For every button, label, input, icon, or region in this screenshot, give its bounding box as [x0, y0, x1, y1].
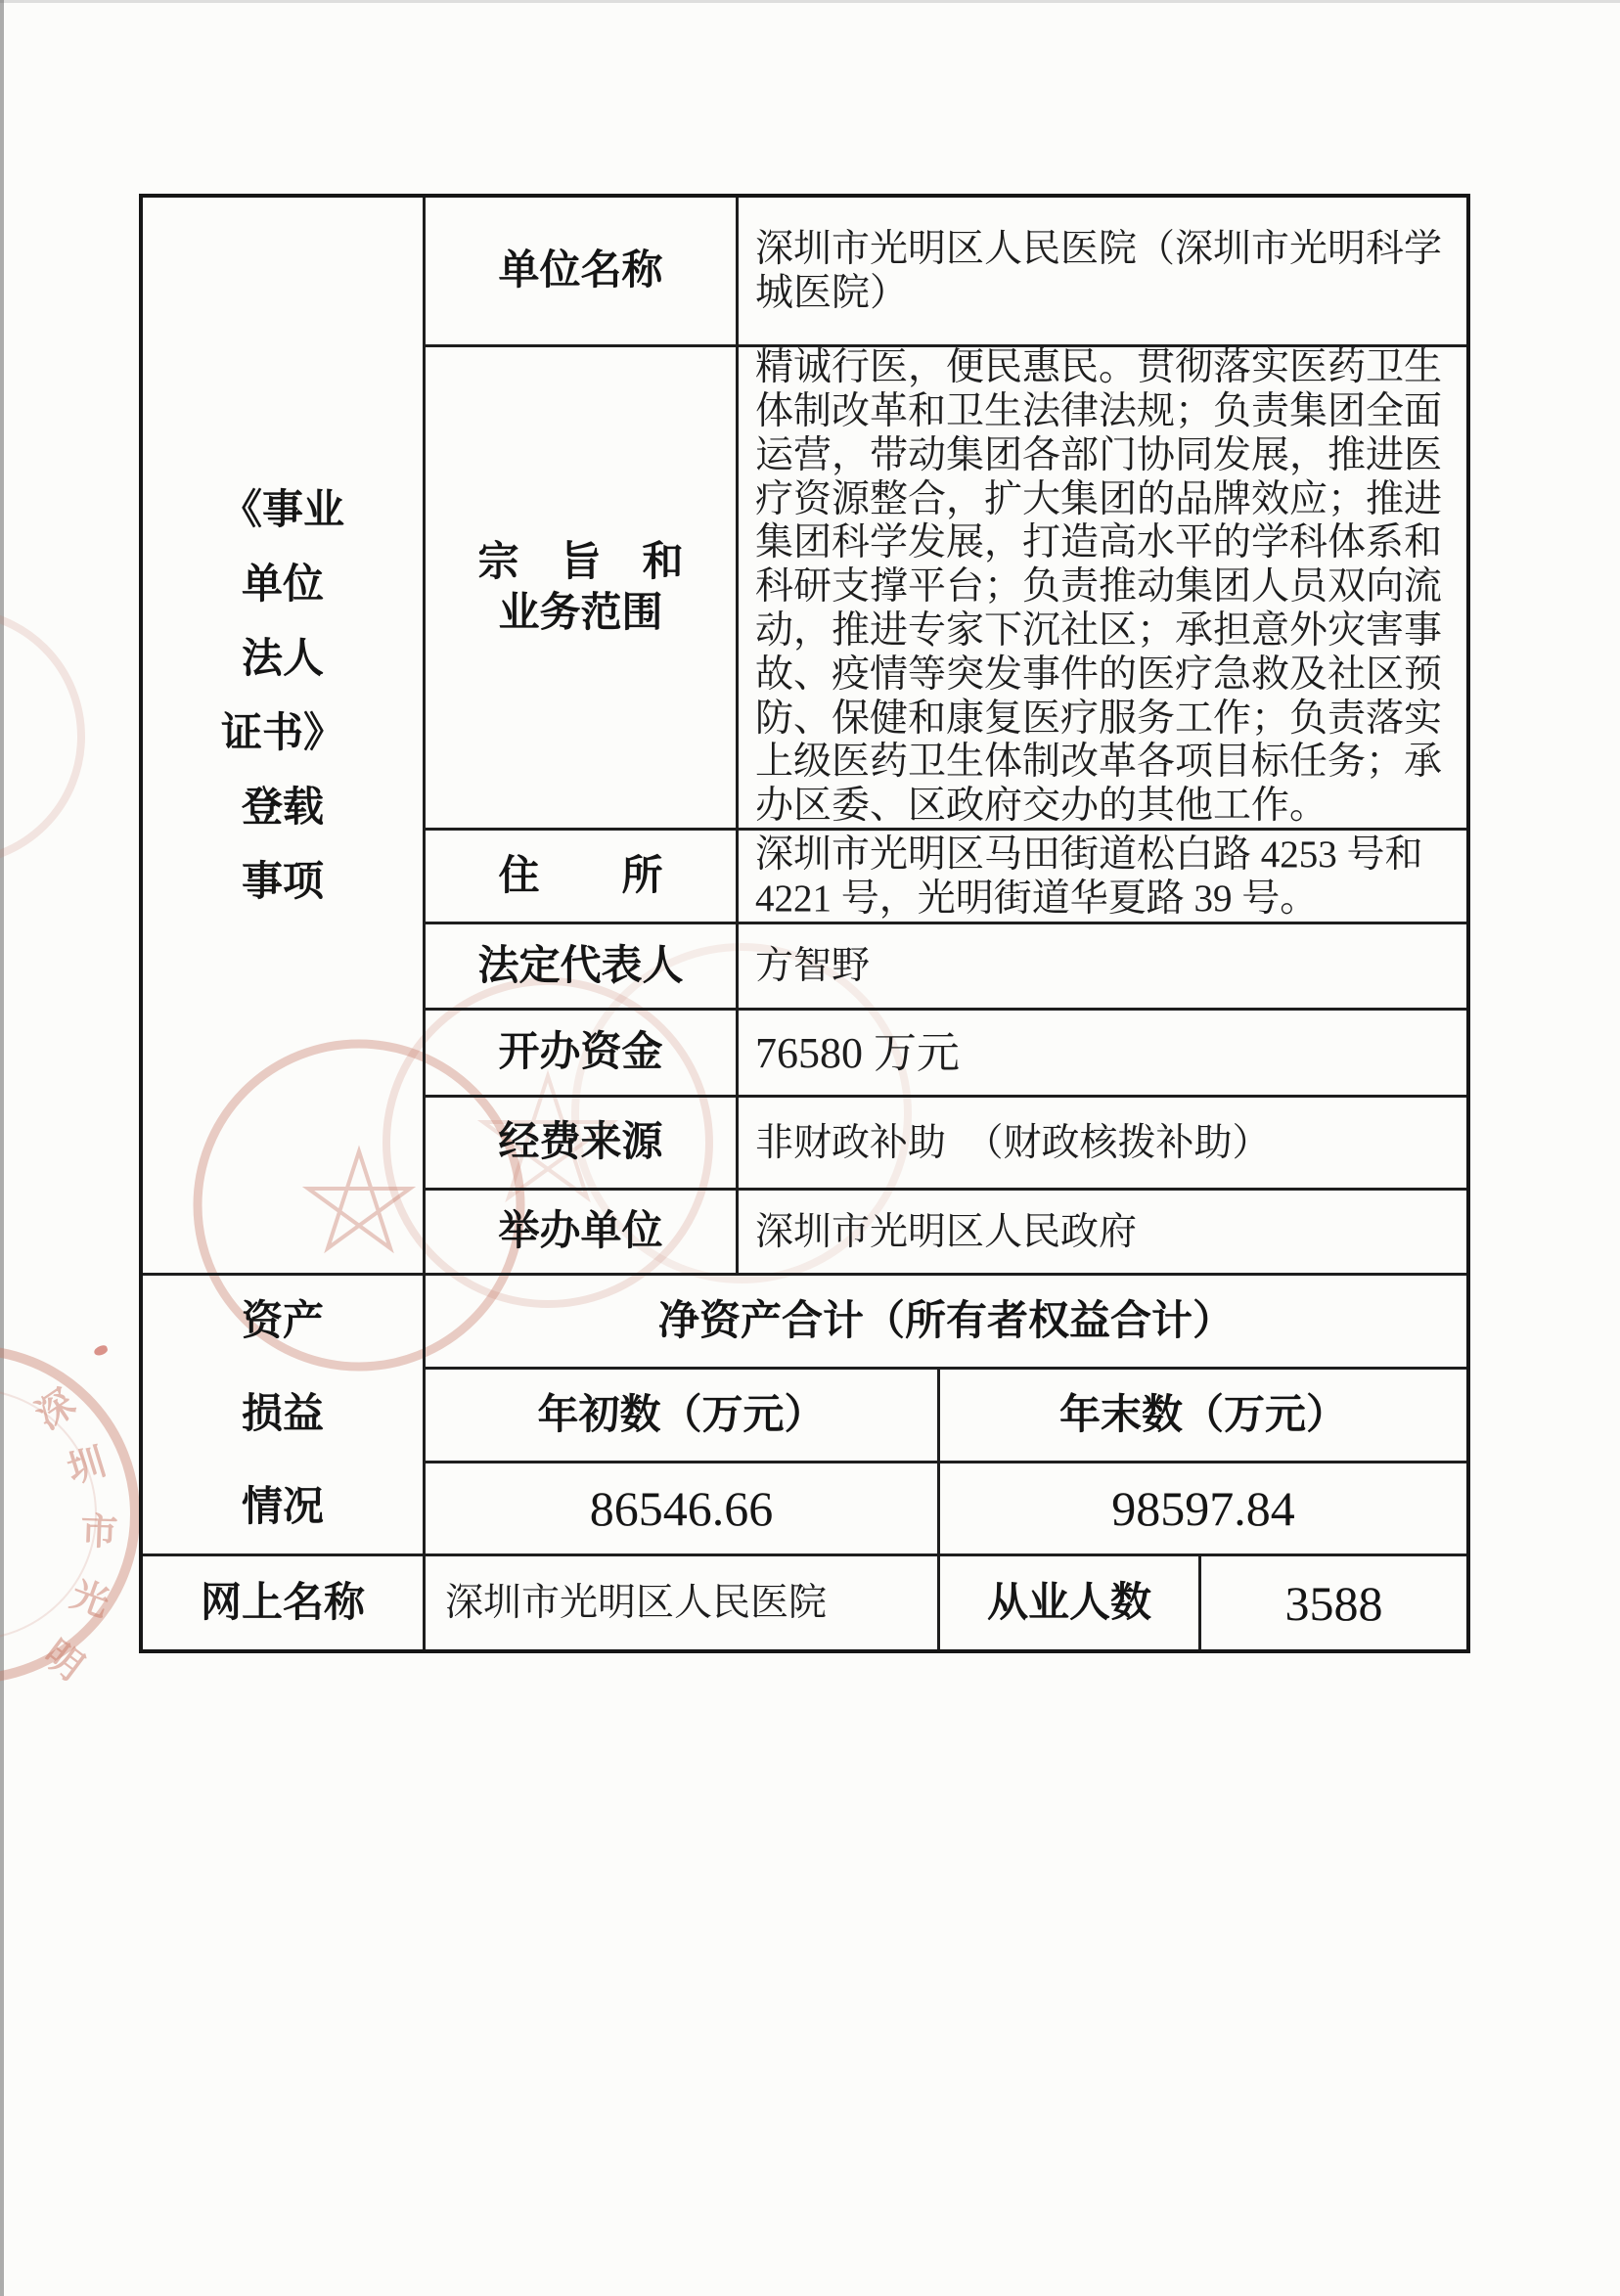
staff-count-label: 从业人数 [987, 1578, 1151, 1629]
end-year-value-cell: 98597.84 [940, 1463, 1466, 1556]
address-value-cell: 深圳市光明区马田街道松白路 4253 号和 4221 号，光明街道华夏路 39 … [739, 831, 1466, 924]
scan-edge-left [0, 0, 4, 2296]
end-year-value: 98597.84 [1111, 1480, 1295, 1537]
staff-count-value-cell: 3588 [1201, 1556, 1466, 1649]
legal-rep-label: 法定代表人 [477, 941, 683, 992]
begin-year-label-cell: 年初数（万元） [426, 1370, 940, 1463]
capital-value-cell: 76580 万元 [739, 1011, 1466, 1098]
funding-value-cell: 非财政补助 （财政核拨补助） [739, 1098, 1466, 1191]
mission-label-cell: 宗 旨 和 业务范围 [426, 347, 739, 831]
legal-rep-value-cell: 方智野 [739, 924, 1466, 1011]
capital-label-cell: 开办资金 [426, 1011, 739, 1098]
seal-left-edge [0, 611, 81, 862]
svg-text:市: 市 [80, 1511, 118, 1553]
funding-label-cell: 经费来源 [426, 1098, 739, 1191]
unit-name-label: 单位名称 [498, 246, 662, 296]
staff-count-value: 3588 [1285, 1575, 1383, 1632]
svg-text:明: 明 [36, 1634, 91, 1688]
begin-year-value-cell: 86546.66 [426, 1463, 940, 1556]
net-assets-cell: 净资产合计（所有者权益合计） [426, 1276, 1466, 1370]
address-label-cell: 住 所 [426, 831, 739, 924]
sponsor-value-cell: 深圳市光明区人民政府 [739, 1191, 1466, 1276]
seal-bottom-left [0, 1350, 135, 1679]
online-name-label-cell: 网上名称 [143, 1556, 426, 1649]
sponsor-label: 举办单位 [498, 1206, 662, 1257]
staff-count-label-cell: 从业人数 [940, 1556, 1201, 1649]
registration-table: 《事业 单位 法人 证书》 登载 事项 单位名称 深圳市光明区人民医院（深圳市光… [139, 194, 1470, 1653]
unit-name-value-cell: 深圳市光明区人民医院（深圳市光明科学 城医院） [739, 198, 1466, 347]
funding-value: 非财政补助 （财政核拨补助） [755, 1121, 1271, 1165]
unit-name-label-cell: 单位名称 [426, 198, 739, 347]
begin-year-value: 86546.66 [590, 1480, 774, 1537]
svg-text:圳: 圳 [63, 1441, 111, 1491]
red-ink-speck [93, 1344, 109, 1357]
mission-value-cell: 精诚行医，便民惠民。贯彻落实医药卫生 体制改革和卫生法律法规；负责集团全面 运营… [739, 347, 1466, 831]
sponsor-label-cell: 举办单位 [426, 1191, 739, 1276]
mission-label: 宗 旨 和 业务范围 [477, 537, 683, 639]
svg-text:光: 光 [66, 1574, 114, 1625]
legal-rep-label-cell: 法定代表人 [426, 924, 739, 1011]
svg-text:深: 深 [29, 1382, 83, 1437]
unit-name-value: 深圳市光明区人民医院（深圳市光明科学 城医院） [755, 227, 1442, 315]
scanned-page: 深 圳 市 光 明 《事业 单位 法人 证书》 登载 事项 单位名称 深圳市光明… [0, 0, 1620, 2296]
address-value: 深圳市光明区马田街道松白路 4253 号和 4221 号，光明街道华夏路 39 … [755, 833, 1423, 921]
scan-edge-top [0, 0, 1620, 3]
end-year-label: 年末数（万元） [1059, 1390, 1347, 1441]
end-year-label-cell: 年末数（万元） [940, 1370, 1466, 1463]
address-label: 住 所 [498, 851, 662, 902]
assets-header-text: 资产 损益 情况 [242, 1276, 324, 1554]
legal-rep-value: 方智野 [755, 944, 870, 988]
mission-value: 精诚行医，便民惠民。贯彻落实医药卫生 体制改革和卫生法律法规；负责集团全面 运营… [755, 346, 1442, 829]
online-name-label: 网上名称 [201, 1578, 365, 1629]
online-name-value: 深圳市光明区人民医院 [445, 1581, 832, 1625]
capital-label: 开办资金 [498, 1027, 662, 1078]
begin-year-label: 年初数（万元） [537, 1390, 825, 1441]
funding-label: 经费来源 [498, 1117, 662, 1168]
certificate-header-text: 《事业 单位 法人 证书》 登载 事项 [221, 473, 344, 920]
assets-header-cell: 资产 损益 情况 [143, 1276, 426, 1556]
certificate-header-cell: 《事业 单位 法人 证书》 登载 事项 [143, 198, 426, 1276]
seal-ring-text: 深 圳 市 光 明 [29, 1382, 119, 1688]
net-assets-label: 净资产合计（所有者权益合计） [658, 1296, 1234, 1347]
online-name-value-cell: 深圳市光明区人民医院 [426, 1556, 940, 1649]
sponsor-value: 深圳市光明区人民政府 [755, 1210, 1137, 1254]
capital-value: 76580 万元 [755, 1031, 960, 1075]
